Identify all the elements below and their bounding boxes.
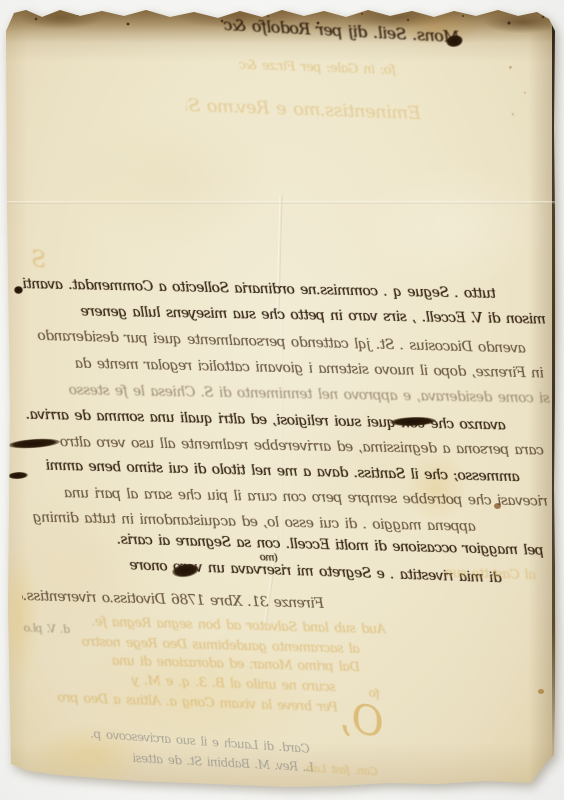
ink-blot-line1-dot: [14, 286, 23, 294]
stain-right-dots: [496, 53, 544, 125]
main-showthrough-line-3: avendo Diacosius . St. jql cattendo pers…: [14, 327, 526, 357]
main-showthrough-line-4: in Firenze, dopo il nuovo sistema i giov…: [14, 354, 544, 382]
showthrough-heading-line-2: Eminentiss.mo e Rev.mo Sig.re: [186, 95, 422, 125]
main-showthrough-line-5: si come desiderava, e approvo nel tennim…: [14, 381, 550, 407]
ink-blot-left-small: [8, 471, 28, 479]
pencil-yellow-fragment: Can. fast Lab.: [292, 761, 379, 779]
main-showthrough-line-2: mison di V. Eccell. , sirs varo in petto…: [14, 302, 546, 328]
fold-crease-horizontal: [6, 201, 556, 204]
scanned-letter-verso: Mons. Seil. dij per Rodolfo &c fo: in Ga…: [0, 0, 564, 800]
paper-sheet: Mons. Seil. dij per Rodolfo &c fo: in Ga…: [6, 7, 556, 789]
main-showthrough-line-13: Firenze 31. Xbre 1786 Divotiss.o riveren…: [22, 588, 324, 613]
main-showthrough-line-9: ricevasi che potrebbe sempre pero con cu…: [14, 484, 548, 510]
stain-mid-right: [404, 451, 468, 523]
main-showthrough-line-7: cara persona a degnissima, ed arriverebb…: [14, 433, 544, 459]
stain-left-margin: [0, 547, 40, 687]
margin-flourish: S: [20, 245, 47, 274]
main-showthrough-line-8: ammesso; che il Santiss. dava a me nel t…: [10, 457, 520, 486]
ink-dot-bottom-right: [538, 689, 544, 694]
paper-shadow-wrap: Mons. Seil. dij per Rodolfo &c fo: in Ga…: [6, 7, 556, 789]
main-showthrough-line-1: tutto . Segue q . commiss.ne ordinaria S…: [16, 276, 496, 303]
showthrough-heading-line-1: fo: in Gale: per Fir.ze &c: [156, 55, 396, 79]
page-edge-shadow-line: [552, 23, 555, 761]
